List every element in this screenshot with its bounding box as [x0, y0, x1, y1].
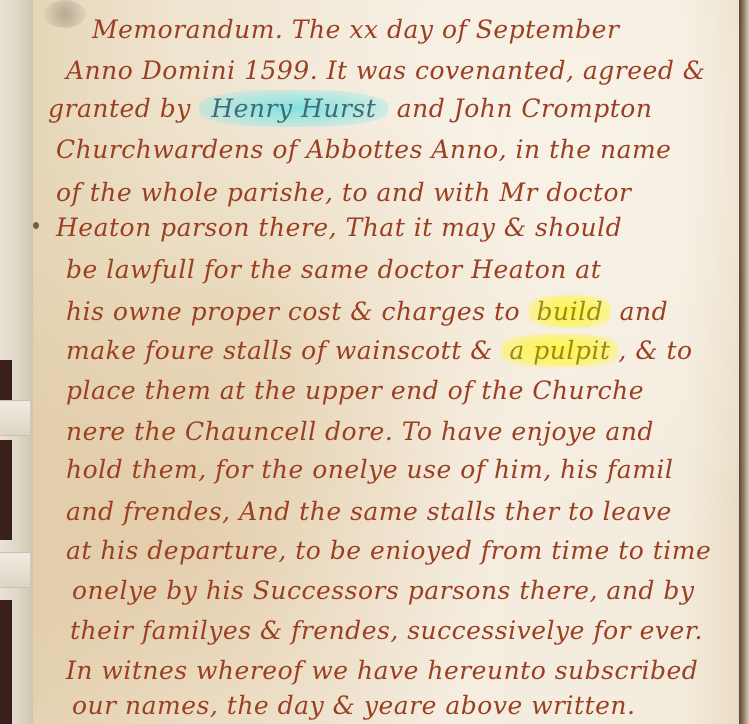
- text-line: of the whole parishe, to and with Mr doc…: [56, 177, 632, 209]
- binding-strap: [0, 600, 12, 724]
- text-line: Heaton parson there, That it may & shoul…: [56, 212, 622, 244]
- text-line: Churchwardens of Abbottes Anno, in the n…: [56, 134, 671, 166]
- page-gutter: [739, 0, 749, 724]
- paper-stain: [44, 0, 86, 28]
- text-line: place them at the upper end of the Churc…: [66, 375, 644, 407]
- text-line: his owne proper cost & charges to build …: [66, 296, 668, 328]
- text-line: Anno Domini 1599. It was covenanted, agr…: [66, 55, 706, 87]
- text-line: granted by Henry Hurst and John Crompton: [48, 93, 652, 125]
- text-line: at his departure, to be enioyed from tim…: [66, 535, 711, 567]
- text-line: and frendes, And the same stalls ther to…: [66, 496, 672, 528]
- text-line: make foure stalls of wainscott & a pulpi…: [66, 335, 693, 367]
- text-line: onelye by his Successors parsons there, …: [72, 575, 695, 607]
- text-line: our names, the day & yeare above written…: [72, 690, 635, 722]
- highlight-cyan: Henry Hurst: [199, 90, 388, 127]
- ink-spot: [33, 222, 39, 229]
- text-line: hold them, for the onelye use of him, hi…: [66, 454, 673, 486]
- binding-tab: [0, 400, 30, 436]
- binding-strap: [0, 440, 12, 540]
- text-line: their familyes & frendes, successivelye …: [70, 615, 703, 647]
- text-line: nere the Chauncell dore. To have enjoye …: [66, 416, 654, 448]
- highlight-yellow: a pulpit: [501, 334, 618, 367]
- text-line: be lawfull for the same doctor Heaton at: [66, 254, 601, 286]
- highlight-yellow: build: [529, 295, 612, 328]
- binding-tab: [0, 552, 30, 588]
- text-line: Memorandum. The xx day of September: [92, 14, 619, 46]
- text-line: In witnes whereof we have hereunto subsc…: [66, 655, 698, 687]
- book-binding: [0, 0, 33, 724]
